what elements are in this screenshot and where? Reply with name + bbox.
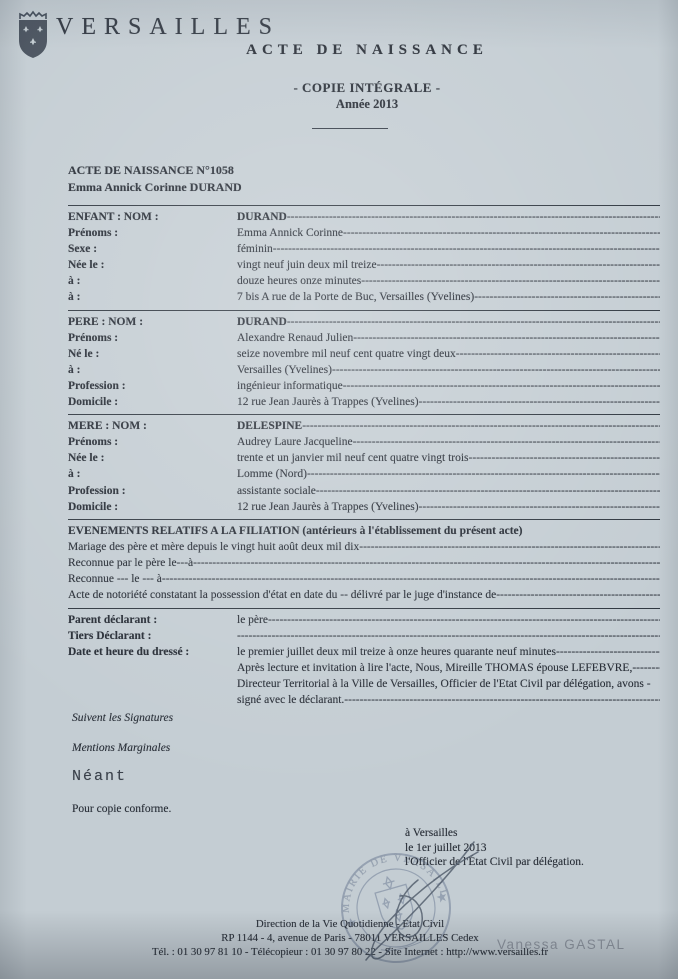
field-label: MERE : NOM :	[68, 418, 237, 434]
field-label: à :	[68, 289, 237, 305]
dash-leader: ----------------------------------------…	[632, 660, 660, 676]
field-row: à :7 bis A rue de la Porte de Buc, Versa…	[68, 289, 660, 305]
act-identification: ACTE DE NAISSANCE N°1058 Emma Annick Cor…	[68, 162, 242, 195]
dash-leader: ----------------------------------------…	[456, 346, 660, 362]
declaration-text: Après lecture et invitation à lire l'act…	[237, 660, 632, 676]
field-value: Emma Annick Corinne	[237, 225, 343, 241]
copy-conform-note: Pour copie conforme.	[72, 803, 171, 815]
dash-leader: ----------------------------------------…	[237, 628, 660, 644]
field-value: seize novembre mil neuf cent quatre ving…	[237, 346, 456, 362]
dash-leader: ----------------------------------------…	[316, 483, 660, 499]
field-label: Profession :	[68, 378, 237, 394]
filiation-heading: EVENEMENTS RELATIFS A LA FILIATION (anté…	[68, 523, 660, 540]
field-row: Prénoms :Alexandre Renaud Julien--------…	[68, 330, 660, 346]
copy-type-line: - COPIE INTÉGRALE -	[0, 80, 678, 96]
section-enfant: ENFANT : NOM :DURAND--------------------…	[68, 206, 660, 310]
field-value: 12 rue Jean Jaurès à Trappes (Yvelines)	[237, 394, 419, 410]
field-value: trente et un janvier mil neuf cent quatr…	[237, 450, 469, 466]
field-label: Date et heure du dressé :	[68, 644, 237, 660]
field-row: à :Lomme (Nord)-------------------------…	[68, 466, 660, 482]
dash-leader: ----------------------------------------…	[307, 466, 660, 482]
dash-leader: ----------------------------------------…	[332, 362, 660, 378]
field-value: le père	[237, 612, 268, 628]
field-row: Né le :seize novembre mil neuf cent quat…	[68, 346, 660, 362]
field-row: Domicile :12 rue Jean Jaurès à Trappes (…	[68, 394, 660, 410]
dash-leader: ----------------------------------------…	[353, 434, 660, 450]
officer-signature-icon	[322, 836, 512, 971]
field-row: Née le :vingt neuf juin deux mil treize-…	[68, 257, 660, 273]
field-row: Profession :assistante sociale----------…	[68, 483, 660, 499]
field-label: Domicile :	[68, 394, 237, 410]
field-row: Tiers Déclarant :-----------------------…	[68, 628, 660, 644]
field-value: 7 bis A rue de la Porte de Buc, Versaill…	[237, 289, 474, 305]
act-child-name: Emma Annick Corinne DURAND	[68, 179, 242, 196]
doc-title: ACTE DE NAISSANCE	[0, 42, 678, 59]
dash-leader: ----------------------------------------…	[469, 450, 660, 466]
field-row: Parent déclarant :le père---------------…	[68, 612, 660, 628]
dash-leader: ----------------------------------------…	[419, 499, 660, 515]
filiation-text: Mariage des père et mère depuis le vingt…	[68, 539, 359, 555]
field-label: Née le :	[68, 450, 237, 466]
field-row: à :douze heures onze minutes------------…	[68, 273, 660, 289]
dash-leader: ----------------------------------------…	[343, 378, 660, 394]
field-value: Audrey Laure Jacqueline	[237, 434, 353, 450]
declaration-continuation-line: Après lecture et invitation à lire l'act…	[237, 660, 660, 676]
field-value: le premier juillet deux mil treize à onz…	[237, 644, 556, 660]
dash-leader: ----------------------------------------…	[496, 587, 660, 603]
dash-leader: ----------------------------------------…	[287, 209, 660, 225]
city-name: VERSAILLES	[56, 14, 280, 41]
dash-leader: ----------------------------------------…	[474, 289, 660, 305]
field-label: Sexe :	[68, 241, 237, 257]
field-value: DURAND	[237, 314, 287, 330]
dash-leader: ----------------------------------------…	[359, 539, 660, 555]
person-sections: ENFANT : NOM :DURAND--------------------…	[68, 205, 660, 519]
declaration-continuation-line: signé avec le déclarant.----------------…	[237, 692, 660, 708]
field-label: Parent déclarant :	[68, 612, 237, 628]
filiation-line: Reconnue --- le --- à ------------------…	[68, 571, 660, 587]
field-label: Né le :	[68, 346, 237, 362]
field-label: Née le :	[68, 257, 237, 273]
field-value: 12 rue Jean Jaurès à Trappes (Yvelines)	[237, 499, 419, 515]
filiation-text: Acte de notoriété constatant la possessi…	[68, 587, 496, 603]
field-row: Née le :trente et un janvier mil neuf ce…	[68, 450, 660, 466]
dash-leader: ----------------------------------------…	[273, 241, 660, 257]
signatures-note: Suivent les Signatures	[72, 712, 173, 724]
field-label: Domicile :	[68, 499, 237, 515]
field-label: Prénoms :	[68, 225, 237, 241]
dash-leader: ----------------------------------------…	[302, 418, 660, 434]
field-label: à :	[68, 466, 237, 482]
dash-leader: ----------------------------------------…	[377, 257, 660, 273]
field-label: Tiers Déclarant :	[68, 628, 237, 644]
dash-leader: ----------------------------------------…	[344, 692, 660, 708]
dash-leader: ----------------------------------------…	[419, 394, 660, 410]
marginal-mentions-note: Mentions Marginales	[72, 742, 170, 754]
filiation-line: Reconnue par le père le---à ------------…	[68, 555, 660, 571]
field-row: ENFANT : NOM :DURAND--------------------…	[68, 209, 660, 225]
section-pere: PERE : NOM :DURAND----------------------…	[68, 311, 660, 415]
dash-leader: ----------------------------------------…	[353, 330, 660, 346]
dash-leader: ----------------------------------------…	[193, 555, 660, 571]
dash-leader: ----------------------------------------…	[268, 612, 660, 628]
field-value: Versailles (Yvelines)	[237, 362, 332, 378]
dash-leader: ----------------------------------------…	[287, 314, 660, 330]
dash-leader: ----------------------------------------…	[556, 644, 660, 660]
year-line: Année 2013	[0, 97, 678, 112]
field-value: ingénieur informatique	[237, 378, 343, 394]
dash-leader: ----------------------------------------…	[162, 571, 660, 587]
field-value: féminin	[237, 241, 273, 257]
field-value: douze heures onze minutes	[237, 273, 361, 289]
field-label: Prénoms :	[68, 330, 237, 346]
dash-leader: ----------------------------------------…	[343, 225, 660, 241]
field-row: Domicile :12 rue Jean Jaurès à Trappes (…	[68, 499, 660, 515]
act-number: ACTE DE NAISSANCE N°1058	[68, 162, 242, 179]
field-value: assistante sociale	[237, 483, 316, 499]
act-body: ENFANT : NOM :DURAND--------------------…	[68, 205, 660, 712]
title-divider	[312, 128, 388, 129]
field-value: DURAND	[237, 209, 287, 225]
field-row: Profession :ingénieur informatique------…	[68, 378, 660, 394]
field-row: Date et heure du dressé :le premier juil…	[68, 644, 660, 660]
section-mere: MERE : NOM :DELESPINE-------------------…	[68, 415, 660, 519]
signer-printed-name: Vanessa GASTAL	[497, 937, 626, 952]
field-row: MERE : NOM :DELESPINE-------------------…	[68, 418, 660, 434]
neant-stamp-text: Néant	[72, 768, 127, 785]
field-label: à :	[68, 273, 237, 289]
field-row: à :Versailles (Yvelines)----------------…	[68, 362, 660, 378]
field-label: à :	[68, 362, 237, 378]
filiation-text: Reconnue --- le --- à	[68, 571, 162, 587]
filiation-section: EVENEMENTS RELATIFS A LA FILIATION (anté…	[68, 520, 660, 608]
declaration-section: Parent déclarant :le père---------------…	[68, 609, 660, 713]
field-label: Prénoms :	[68, 434, 237, 450]
field-row: Prénoms :Audrey Laure Jacqueline--------…	[68, 434, 660, 450]
filiation-line: Acte de notoriété constatant la possessi…	[68, 587, 660, 603]
field-row: Prénoms :Emma Annick Corinne------------…	[68, 225, 660, 241]
field-label: ENFANT : NOM :	[68, 209, 237, 225]
filiation-lines: Mariage des père et mère depuis le vingt…	[68, 539, 660, 603]
field-value: Alexandre Renaud Julien	[237, 330, 353, 346]
declaration-text: Directeur Territorial à la Ville de Vers…	[237, 676, 651, 692]
field-label: PERE : NOM :	[68, 314, 237, 330]
field-row: PERE : NOM :DURAND----------------------…	[68, 314, 660, 330]
field-row: Sexe :féminin---------------------------…	[68, 241, 660, 257]
filiation-line: Mariage des père et mère depuis le vingt…	[68, 539, 660, 555]
field-label: Profession :	[68, 483, 237, 499]
declaration-continuation-line: Directeur Territorial à la Ville de Vers…	[237, 676, 660, 692]
field-value: vingt neuf juin deux mil treize	[237, 257, 377, 273]
dash-leader: ----------------------------------------…	[361, 273, 660, 289]
filiation-text: Reconnue par le père le---à	[68, 555, 193, 571]
field-value: Lomme (Nord)	[237, 466, 307, 482]
declaration-text: signé avec le déclarant.	[237, 692, 344, 708]
field-value: DELESPINE	[237, 418, 302, 434]
